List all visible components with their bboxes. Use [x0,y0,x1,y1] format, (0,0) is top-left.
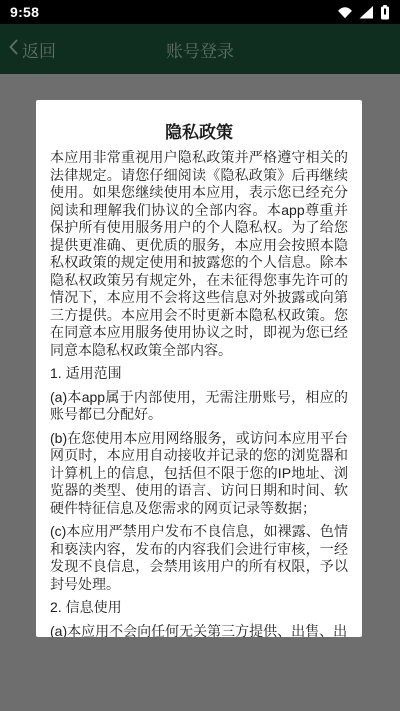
phone-screen: 9:58 [0,0,400,711]
policy-section-2-heading: 2. 信息使用 [50,599,348,617]
chevron-left-icon [8,38,19,61]
wifi-icon [337,6,353,19]
nav-bar: 返回 账号登录 [0,24,400,74]
policy-section-2a-truncated: (a)本应用不会向任何无关第三方提供、出售、出 [50,623,348,638]
back-label: 返回 [22,37,56,62]
policy-section-1c: (c)本应用严禁用户发布不良信息，如裸露、色情和亵渎内容，发布的内容我们会进行审… [50,523,348,593]
battery-icon [380,5,390,20]
status-time: 9:58 [10,4,39,20]
status-icons [337,5,390,20]
signal-icon [359,6,374,19]
policy-section-1a: (a)本app属于内部使用，无需注册账号，相应的账号都已分配好。 [50,389,348,424]
policy-intro-paragraph: 本应用非常重视用户隐私政策并严格遵守相关的法律规定。请您仔细阅读《隐私政策》后再… [50,149,348,359]
privacy-policy-dialog[interactable]: 隐私政策 本应用非常重视用户隐私政策并严格遵守相关的法律规定。请您仔细阅读《隐私… [36,100,362,637]
policy-section-1b: (b)在您使用本应用网络服务，或访问本应用平台网页时，本应用自动接收并记录的您的… [50,430,348,518]
page-title: 账号登录 [166,37,234,62]
status-bar: 9:58 [0,0,400,24]
dialog-title: 隐私政策 [50,121,348,145]
back-button[interactable]: 返回 [8,24,56,74]
policy-section-1-heading: 1. 适用范围 [50,365,348,383]
